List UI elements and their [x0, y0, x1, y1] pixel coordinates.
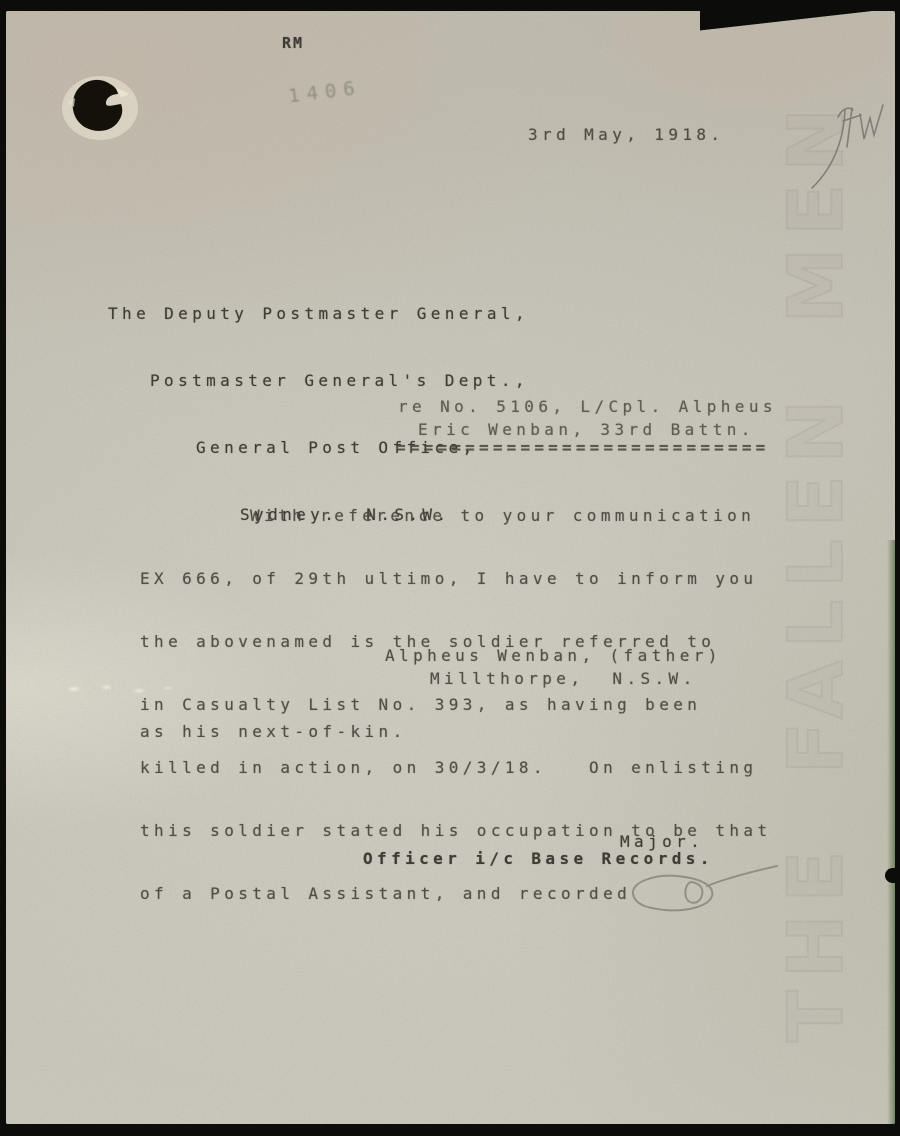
paper-corner-shadow — [700, 10, 895, 32]
body-line: With reference to your communication — [140, 504, 771, 527]
recipient-line: The Deputy Postmaster General, — [108, 303, 529, 325]
scanned-letter-page: THE FALLEN MEN RM 1406 3rd May, 1918. Th… — [0, 0, 900, 1136]
subject-line-2: Eric Wenban, 33rd Battn. — [418, 420, 755, 440]
body-line: EX 666, of 29th ultimo, I have to inform… — [140, 567, 771, 590]
subject-underline: =========================== — [396, 438, 770, 458]
right-edge-notch — [885, 868, 895, 883]
pencil-initials-mark — [800, 95, 885, 195]
closing-line: as his next-of-kin. — [140, 722, 407, 742]
clerk-initials: RM — [282, 33, 304, 53]
body-line: killed in action, on 30/3/18. On enlisti… — [140, 756, 771, 779]
body-line: in Casualty List No. 393, as having been — [140, 693, 771, 716]
next-of-kin-address: Millthorpe, N.S.W. — [430, 669, 697, 689]
pen-flourish-mark — [595, 858, 790, 922]
right-edge-tint — [887, 540, 895, 1124]
next-of-kin-name: Alpheus Wenban, (father) — [385, 646, 722, 666]
subject-line-1: re No. 5106, L/Cpl. Alpheus — [398, 397, 777, 417]
recipient-line: Postmaster General's Dept., — [150, 370, 529, 392]
date-line: 3rd May, 1918. — [528, 125, 724, 145]
punch-hole — [55, 68, 145, 146]
